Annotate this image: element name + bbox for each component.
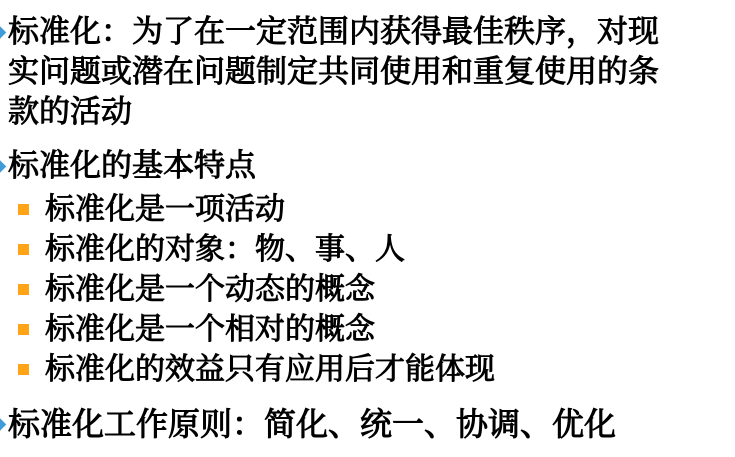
sub-bullet-item: 标准化是一个相对的概念 xyxy=(0,310,735,350)
sub-bullet-text: 标准化的效益只有应用后才能体现 xyxy=(45,352,495,387)
bullet-text-features-heading: 标准化的基本特点 xyxy=(8,146,670,186)
sub-bullet-text: 标准化是一项活动 xyxy=(45,192,285,227)
square-bullet-icon xyxy=(18,244,29,255)
sub-bullet-text: 标准化是一个相对的概念 xyxy=(45,312,375,347)
bullet-item-definition: 标准化：为了在一定范围内获得最佳秩序，对现实问题或潜在问题制定共同使用和重复使用… xyxy=(0,12,735,132)
sub-bullet-list: 标准化是一项活动 标准化的对象：物、事、人 标准化是一个动态的概念 标准化是一个… xyxy=(0,190,735,390)
bullet-text-principles: 标准化工作原则：简化、统一、协调、优化 xyxy=(8,404,670,444)
sub-bullet-item: 标准化的对象：物、事、人 xyxy=(0,230,735,270)
slide: 标准化：为了在一定范围内获得最佳秩序，对现实问题或潜在问题制定共同使用和重复使用… xyxy=(0,0,735,457)
bullet-text-definition: 标准化：为了在一定范围内获得最佳秩序，对现实问题或潜在问题制定共同使用和重复使用… xyxy=(8,12,670,132)
sub-bullet-text: 标准化的对象：物、事、人 xyxy=(45,232,405,267)
square-bullet-icon xyxy=(18,364,29,375)
sub-bullet-item: 标准化的效益只有应用后才能体现 xyxy=(0,350,735,390)
square-bullet-icon xyxy=(18,284,29,295)
square-bullet-icon xyxy=(18,204,29,215)
square-bullet-icon xyxy=(18,324,29,335)
bullet-item-features-heading: 标准化的基本特点 xyxy=(0,146,735,186)
diamond-bullet-icon xyxy=(0,417,6,433)
diamond-bullet-icon xyxy=(0,25,6,41)
sub-bullet-item: 标准化是一个动态的概念 xyxy=(0,270,735,310)
sub-bullet-text: 标准化是一个动态的概念 xyxy=(45,272,375,307)
sub-bullet-item: 标准化是一项活动 xyxy=(0,190,735,230)
bullet-item-principles: 标准化工作原则：简化、统一、协调、优化 xyxy=(0,404,735,444)
diamond-bullet-icon xyxy=(0,159,6,175)
